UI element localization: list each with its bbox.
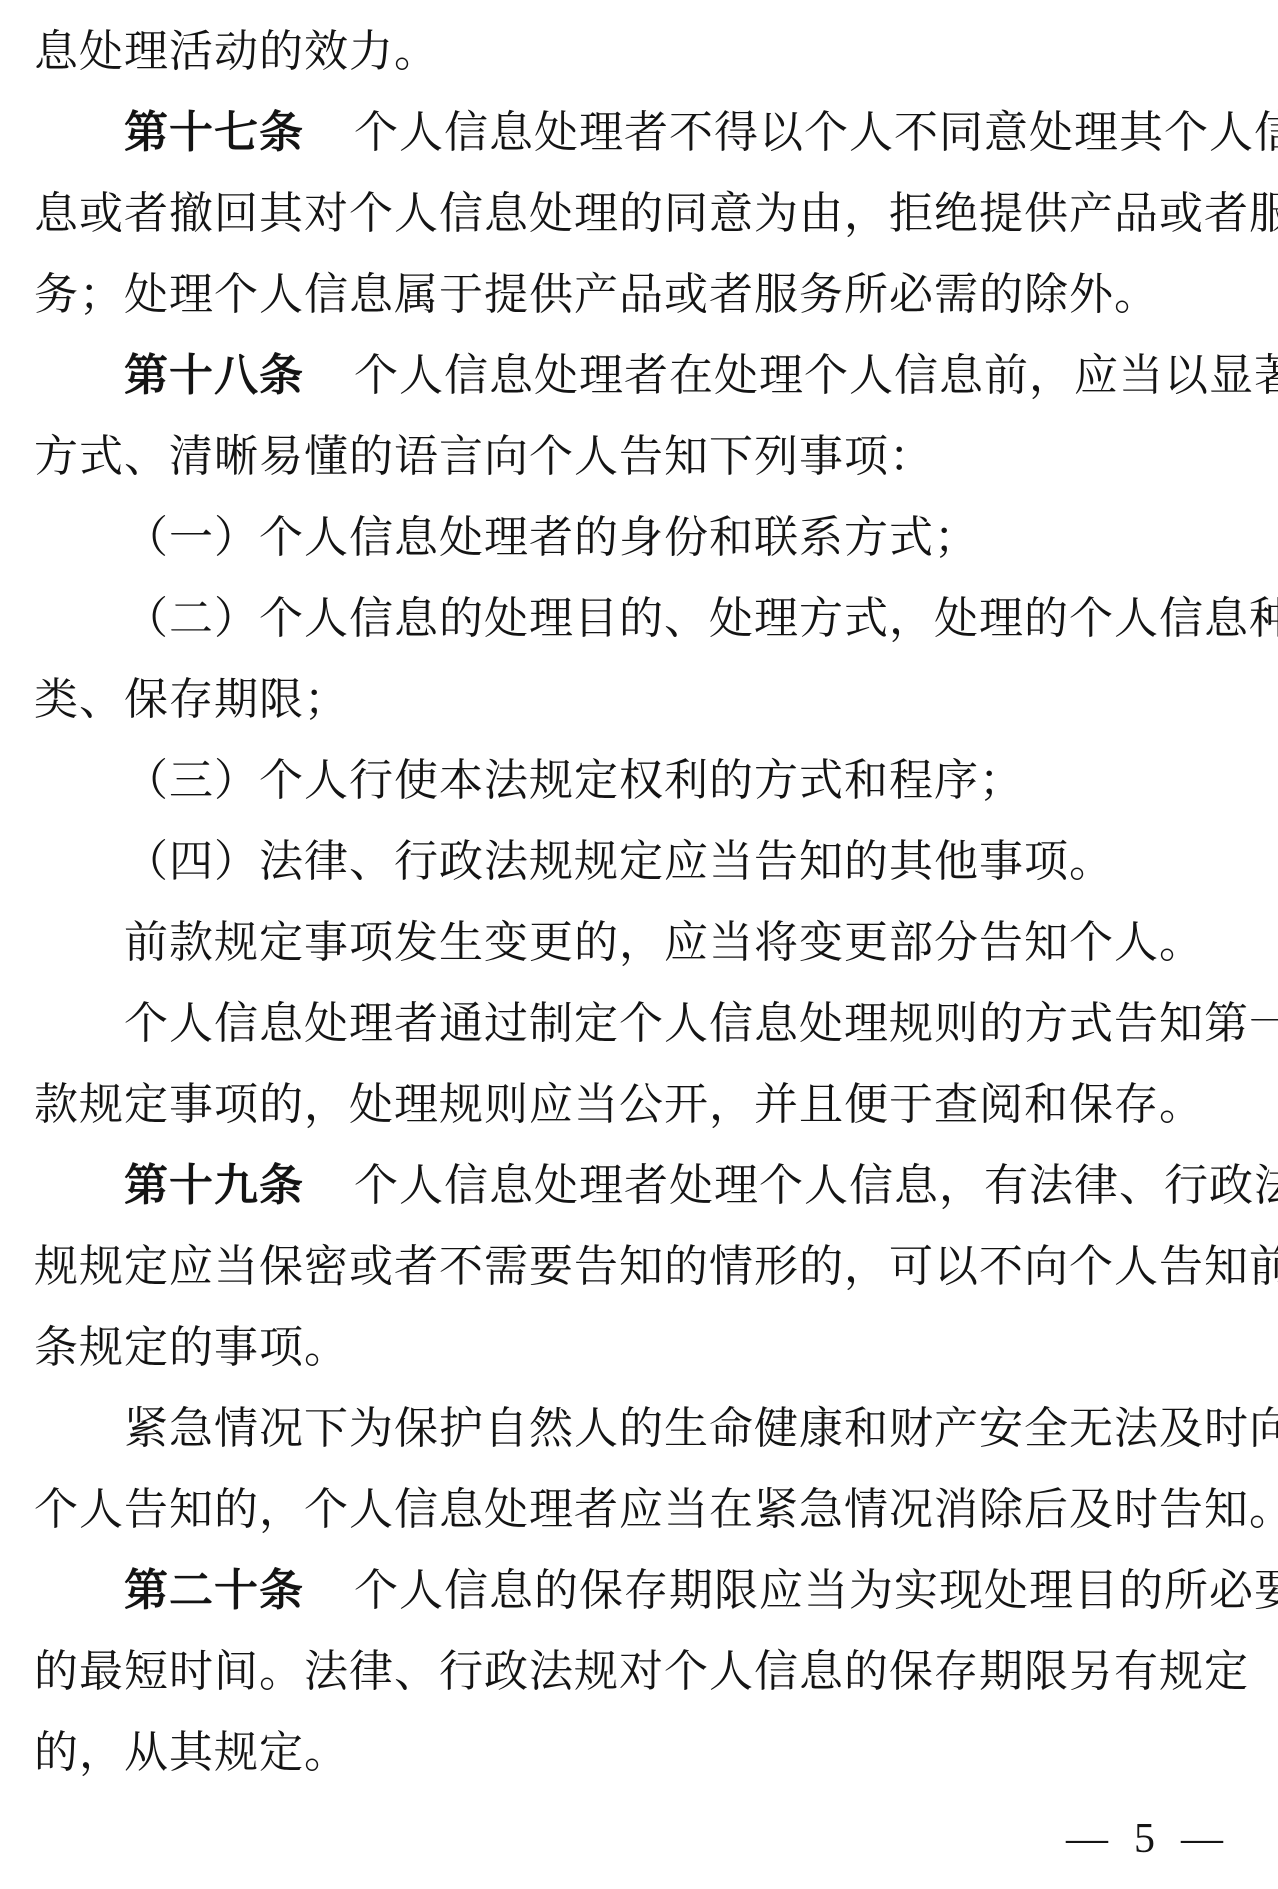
line-text: （二）个人信息的处理目的、处理方式，处理的个人信息种 <box>124 594 1278 643</box>
text-line: 的，从其规定。 <box>34 1712 1250 1793</box>
text-line: 个人告知的，个人信息处理者应当在紧急情况消除后及时告知。 <box>34 1469 1250 1550</box>
line-text: 款规定事项的，处理规则应当公开，并且便于查阅和保存。 <box>34 1080 1204 1129</box>
article-heading: 第二十条 <box>124 1566 304 1615</box>
line-text: 前款规定事项发生变更的，应当将变更部分告知个人。 <box>124 918 1204 967</box>
line-text: 务；处理个人信息属于提供产品或者服务所必需的除外。 <box>34 270 1159 319</box>
text-line: 第十九条个人信息处理者处理个人信息，有法律、行政法 <box>34 1145 1250 1226</box>
page-number: 5 <box>1134 1815 1155 1863</box>
text-line: 类、保存期限； <box>34 659 1250 740</box>
text-line: 务；处理个人信息属于提供产品或者服务所必需的除外。 <box>34 254 1250 335</box>
text-line: 第二十条个人信息的保存期限应当为实现处理目的所必要 <box>34 1550 1250 1631</box>
text-line: 前款规定事项发生变更的，应当将变更部分告知个人。 <box>34 902 1250 983</box>
text-line: 紧急情况下为保护自然人的生命健康和财产安全无法及时向 <box>34 1388 1250 1469</box>
text-line: 个人信息处理者通过制定个人信息处理规则的方式告知第一 <box>34 983 1250 1064</box>
text-line: 方式、清晰易懂的语言向个人告知下列事项： <box>34 416 1250 497</box>
line-text: 个人告知的，个人信息处理者应当在紧急情况消除后及时告知。 <box>34 1485 1278 1534</box>
text-line: 款规定事项的，处理规则应当公开，并且便于查阅和保存。 <box>34 1064 1250 1145</box>
text-line: 第十八条个人信息处理者在处理个人信息前，应当以显著 <box>34 335 1250 416</box>
line-text: 紧急情况下为保护自然人的生命健康和财产安全无法及时向 <box>124 1404 1278 1453</box>
text-line: 条规定的事项。 <box>34 1307 1250 1388</box>
text-line: 的最短时间。法律、行政法规对个人信息的保存期限另有规定 <box>34 1631 1250 1712</box>
line-text: 的，从其规定。 <box>34 1728 349 1777</box>
text-line: 规规定应当保密或者不需要告知的情形的，可以不向个人告知前 <box>34 1226 1250 1307</box>
page-footer: — 5 — <box>1066 1815 1223 1863</box>
line-text: 条规定的事项。 <box>34 1323 349 1372</box>
line-text: 个人信息处理者在处理个人信息前，应当以显著 <box>354 351 1278 400</box>
line-text: 个人信息处理者不得以个人不同意处理其个人信 <box>354 108 1278 157</box>
article-heading: 第十八条 <box>124 351 304 400</box>
footer-left-dash: — <box>1066 1815 1108 1863</box>
line-text: （一）个人信息处理者的身份和联系方式； <box>124 513 979 562</box>
line-text: 个人信息处理者通过制定个人信息处理规则的方式告知第一 <box>124 999 1278 1048</box>
line-text: （三）个人行使本法规定权利的方式和程序； <box>124 756 1024 805</box>
line-text: 个人信息的保存期限应当为实现处理目的所必要 <box>354 1566 1278 1615</box>
text-line: 第十七条个人信息处理者不得以个人不同意处理其个人信 <box>34 92 1250 173</box>
text-line: 息处理活动的效力。 <box>34 11 1250 92</box>
document-content: 息处理活动的效力。第十七条个人信息处理者不得以个人不同意处理其个人信息或者撤回其… <box>34 11 1250 1793</box>
line-text: 个人信息处理者处理个人信息，有法律、行政法 <box>354 1161 1278 1210</box>
line-text: 息或者撤回其对个人信息处理的同意为由，拒绝提供产品或者服 <box>34 189 1278 238</box>
article-heading: 第十九条 <box>124 1161 304 1210</box>
line-text: 方式、清晰易懂的语言向个人告知下列事项： <box>34 432 934 481</box>
document-page: 息处理活动的效力。第十七条个人信息处理者不得以个人不同意处理其个人信息或者撤回其… <box>0 0 1278 1889</box>
line-text: （四）法律、行政法规规定应当告知的其他事项。 <box>124 837 1114 886</box>
article-heading: 第十七条 <box>124 108 304 157</box>
line-text: 的最短时间。法律、行政法规对个人信息的保存期限另有规定 <box>34 1647 1249 1696</box>
text-line: （一）个人信息处理者的身份和联系方式； <box>34 497 1250 578</box>
line-text: 息处理活动的效力。 <box>34 27 439 76</box>
text-line: 息或者撤回其对个人信息处理的同意为由，拒绝提供产品或者服 <box>34 173 1250 254</box>
line-text: 规规定应当保密或者不需要告知的情形的，可以不向个人告知前 <box>34 1242 1278 1291</box>
text-line: （四）法律、行政法规规定应当告知的其他事项。 <box>34 821 1250 902</box>
text-line: （三）个人行使本法规定权利的方式和程序； <box>34 740 1250 821</box>
text-line: （二）个人信息的处理目的、处理方式，处理的个人信息种 <box>34 578 1250 659</box>
line-text: 类、保存期限； <box>34 675 349 724</box>
footer-right-dash: — <box>1181 1815 1223 1863</box>
